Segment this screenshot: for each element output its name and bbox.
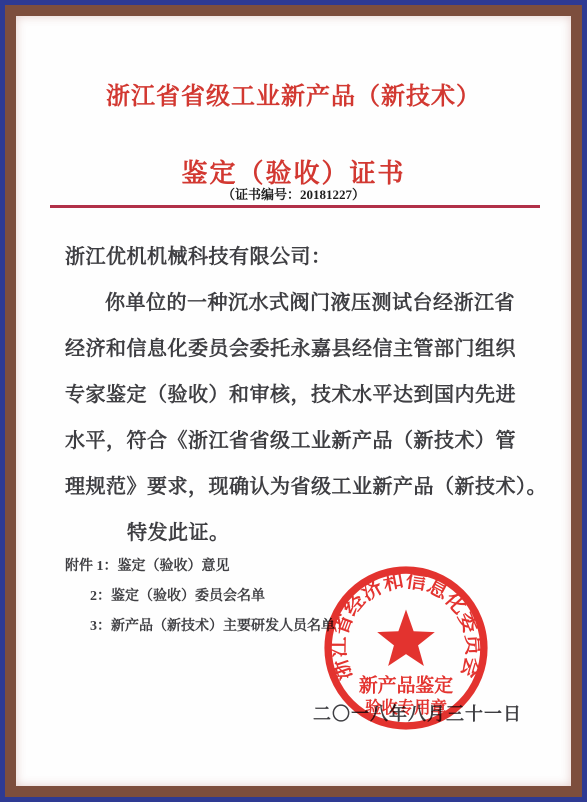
- closing-line: 特发此证。: [65, 510, 543, 556]
- certificate-number: （证书编号：20181227）: [16, 184, 571, 203]
- body-line: 你单位的一种沉水式阀门液压测试台经浙江省: [65, 280, 543, 326]
- body-line: 理规范》要求，现确认为省级工业新产品（新技术）。: [65, 464, 543, 510]
- attachments-list: 附件 1：鉴定（验收）意见 2：鉴定（验收）委员会名单 3：新产品（新技术）主要…: [65, 552, 335, 642]
- body-line: 经济和信息化委员会委托永嘉县经信主管部门组织: [65, 326, 543, 372]
- red-star-icon: [377, 609, 435, 665]
- certificate-frame: 浙江省省级工业新产品（新技术） 鉴定（验收）证书 （证书编号：20181227）…: [5, 5, 582, 797]
- attachment-item-3: 3：新产品（新技术）主要研发人员名单: [65, 612, 335, 642]
- certificate-body: 浙江优机机械科技有限公司： 你单位的一种沉水式阀门液压测试台经浙江省 经济和信息…: [65, 234, 543, 556]
- red-divider-line: [50, 205, 540, 208]
- recipient-line: 浙江优机机械科技有限公司：: [65, 234, 543, 280]
- certificate-title-line1: 浙江省省级工业新产品（新技术）: [16, 76, 571, 111]
- stamp-center-line2: 验收专用章: [365, 698, 447, 717]
- stamp-center-line1: 新产品鉴定: [359, 673, 453, 695]
- certificate-paper: 浙江省省级工业新产品（新技术） 鉴定（验收）证书 （证书编号：20181227）…: [16, 16, 571, 786]
- body-line: 水平，符合《浙江省省级工业新产品（新技术）管: [65, 418, 543, 464]
- body-line: 专家鉴定（验收）和审核，技术水平达到国内先进: [65, 372, 543, 418]
- official-stamp: 浙江省经济和信息化委员会 新产品鉴定 验收专用章: [324, 566, 488, 730]
- certificate-page: 浙江省省级工业新产品（新技术） 鉴定（验收）证书 （证书编号：20181227）…: [0, 0, 587, 802]
- attachment-item-2: 2：鉴定（验收）委员会名单: [65, 582, 335, 612]
- attachment-item-1: 附件 1：鉴定（验收）意见: [65, 552, 335, 582]
